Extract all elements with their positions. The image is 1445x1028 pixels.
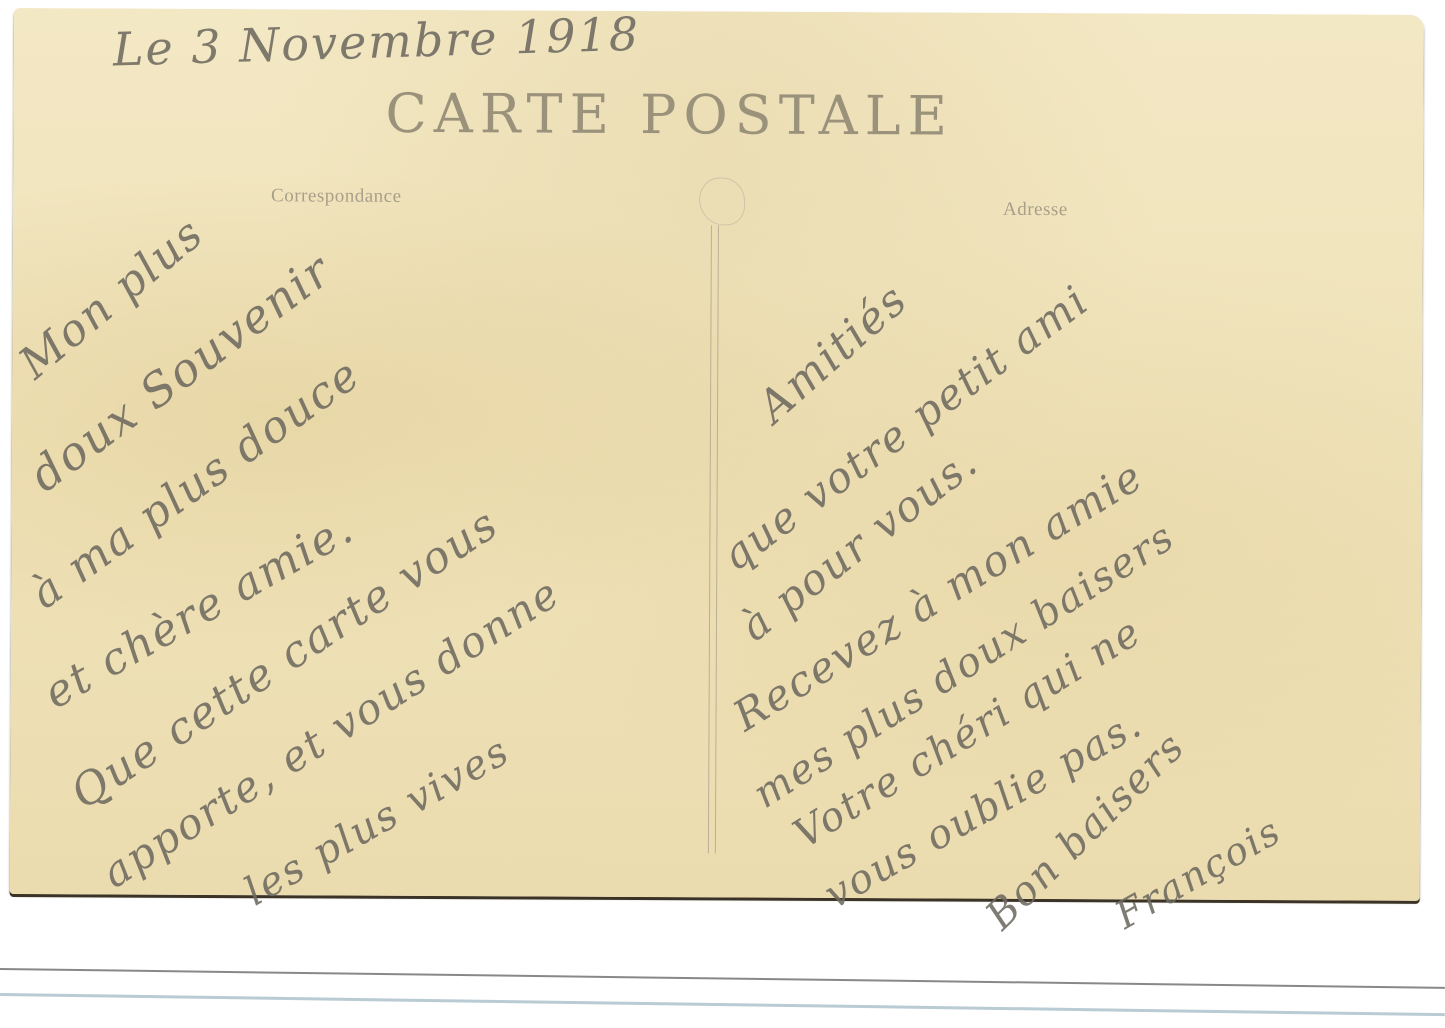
handwritten-date: Le 3 Novembre 1918 bbox=[112, 7, 641, 77]
underlying-card-edge bbox=[0, 968, 1445, 989]
underlying-sheet-edge bbox=[0, 993, 1445, 1016]
publisher-emblem-icon bbox=[699, 177, 745, 225]
postcard-title: CARTE POSTALE bbox=[385, 82, 954, 148]
address-label: Adresse bbox=[1003, 199, 1068, 221]
postcard: CARTE POSTALE Correspondance Adresse Le … bbox=[10, 8, 1424, 901]
signature: François bbox=[1108, 808, 1289, 937]
correspondence-label: Correspondance bbox=[271, 185, 402, 208]
